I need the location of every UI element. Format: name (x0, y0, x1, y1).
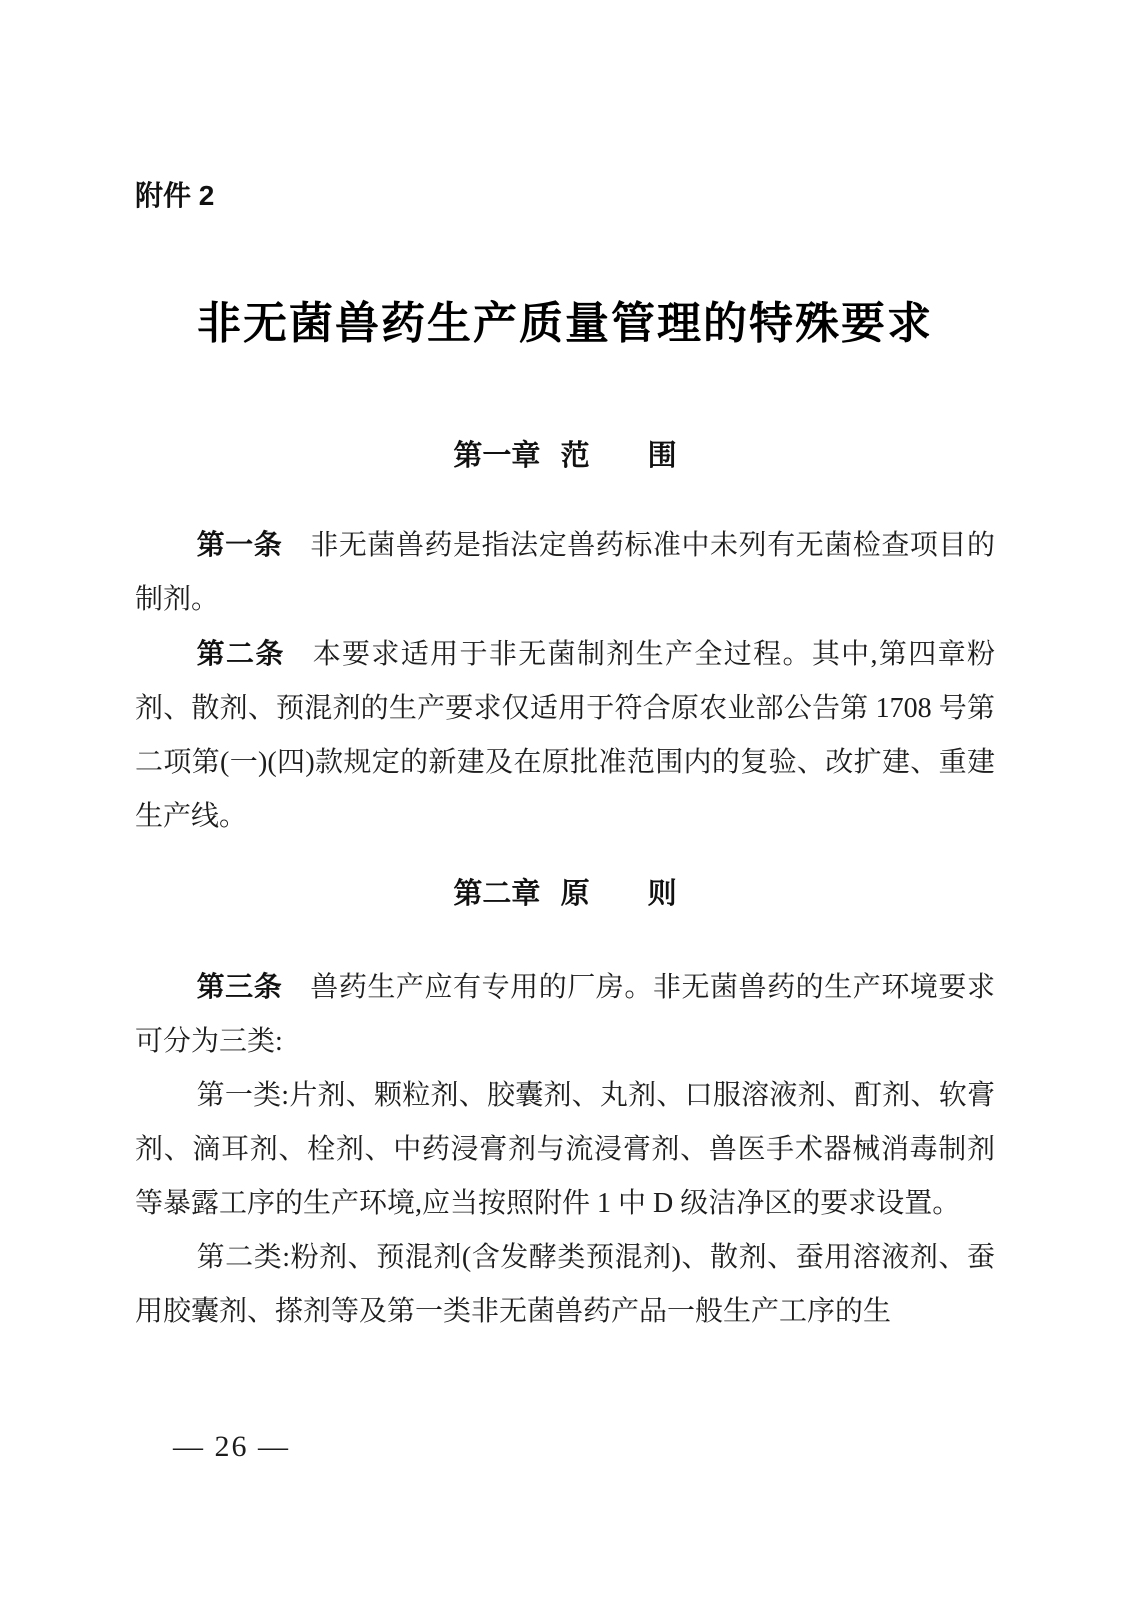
page-number: — 26 — (173, 1432, 290, 1462)
attachment-label: 附件 2 (135, 182, 995, 210)
chapter-2-heading: 第二章原 则 (135, 878, 995, 910)
article-1-paragraph: 第一条非无菌兽药是指法定兽药标准中未列有无菌检查项目的制剂。 (135, 518, 995, 627)
chapter-1-heading: 第一章范 围 (135, 440, 995, 472)
chapter-1-name: 范 围 (561, 440, 677, 472)
article-2-label: 第二条 (197, 638, 285, 669)
class-2-text: 第二类:粉剂、预混剂(含发酵类预混剂)、散剂、蚕用溶液剂、蚕用胶囊剂、搽剂等及第… (135, 1242, 995, 1327)
document-title: 非无菌兽药生产质量管理的特殊要求 (135, 302, 995, 346)
class-2-paragraph: 第二类:粉剂、预混剂(含发酵类预混剂)、散剂、蚕用溶液剂、蚕用胶囊剂、搽剂等及第… (135, 1231, 995, 1339)
article-1-label: 第一条 (197, 529, 283, 560)
article-2-paragraph: 第二条本要求适用于非无菌制剂生产全过程。其中,第四章粉剂、散剂、预混剂的生产要求… (135, 627, 995, 844)
article-3-paragraph: 第三条兽药生产应有专用的厂房。非无菌兽药的生产环境要求可分为三类: (135, 960, 995, 1069)
article-3-label: 第三条 (197, 971, 283, 1002)
document-page: 附件 2 非无菌兽药生产质量管理的特殊要求 第一章范 围 第一条非无菌兽药是指法… (0, 0, 1131, 1600)
chapter-2-label: 第二章 (453, 878, 540, 910)
class-1-paragraph: 第一类:片剂、颗粒剂、胶囊剂、丸剂、口服溶液剂、酊剂、软膏剂、滴耳剂、栓剂、中药… (135, 1069, 995, 1231)
chapter-1-label: 第一章 (453, 440, 540, 472)
class-1-text: 第一类:片剂、颗粒剂、胶囊剂、丸剂、口服溶液剂、酊剂、软膏剂、滴耳剂、栓剂、中药… (135, 1080, 995, 1219)
chapter-2-name: 原 则 (561, 878, 677, 910)
